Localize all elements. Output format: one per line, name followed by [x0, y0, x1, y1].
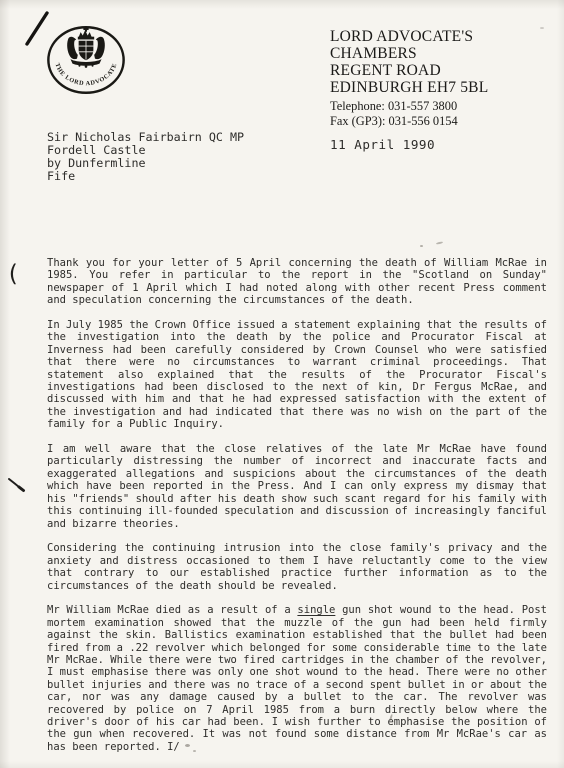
scan-speck: [193, 750, 196, 752]
paragraph-5-text-after: gun shot wound to the head. Post mortem …: [47, 604, 547, 752]
recipient-line: Fife: [47, 170, 244, 183]
paragraph-3: I am well aware that the close relatives…: [47, 443, 547, 530]
letter-date: 11 April 1990: [330, 137, 562, 152]
handwritten-tick-mark: [6, 476, 30, 496]
office-name: LORD ADVOCATE'S CHAMBERS: [330, 28, 562, 62]
letter-body: Thank you for your letter of 5 April con…: [47, 257, 547, 766]
letter-page: THE LORD ADVOCATE LORD ADVOCATE'S CHAMBE…: [0, 0, 564, 768]
scan-speck: [420, 245, 423, 247]
telephone-line: Telephone: 031-557 3800: [330, 99, 562, 114]
fax-line: Fax (GP3): 031-556 0154: [330, 114, 562, 129]
paragraph-2: In July 1985 the Crown Office issued a s…: [47, 319, 547, 431]
lord-advocate-crest-icon: THE LORD ADVOCATE: [45, 24, 127, 96]
letterhead: LORD ADVOCATE'S CHAMBERS REGENT ROAD EDI…: [330, 28, 562, 152]
paragraph-4: Considering the continuing intrusion int…: [47, 542, 547, 592]
address-city: EDINBURGH EH7 5BL: [330, 79, 562, 96]
scan-speck: [436, 241, 443, 244]
handwritten-paren-mark: (: [6, 261, 20, 287]
paragraph-5: Mr William McRae died as a result of a s…: [47, 604, 547, 753]
address-street: REGENT ROAD: [330, 62, 562, 79]
scan-speck: [185, 744, 190, 747]
paragraph-1: Thank you for your letter of 5 April con…: [47, 257, 547, 307]
underlined-word-single: single: [297, 604, 335, 616]
recipient-line: by Dunfermline: [47, 157, 244, 170]
scan-speck: [540, 27, 544, 29]
recipient-address: Sir Nicholas Fairbairn QC MP Fordell Cas…: [47, 131, 244, 183]
paragraph-5-text-before: Mr William McRae died as a result of a: [47, 604, 297, 616]
